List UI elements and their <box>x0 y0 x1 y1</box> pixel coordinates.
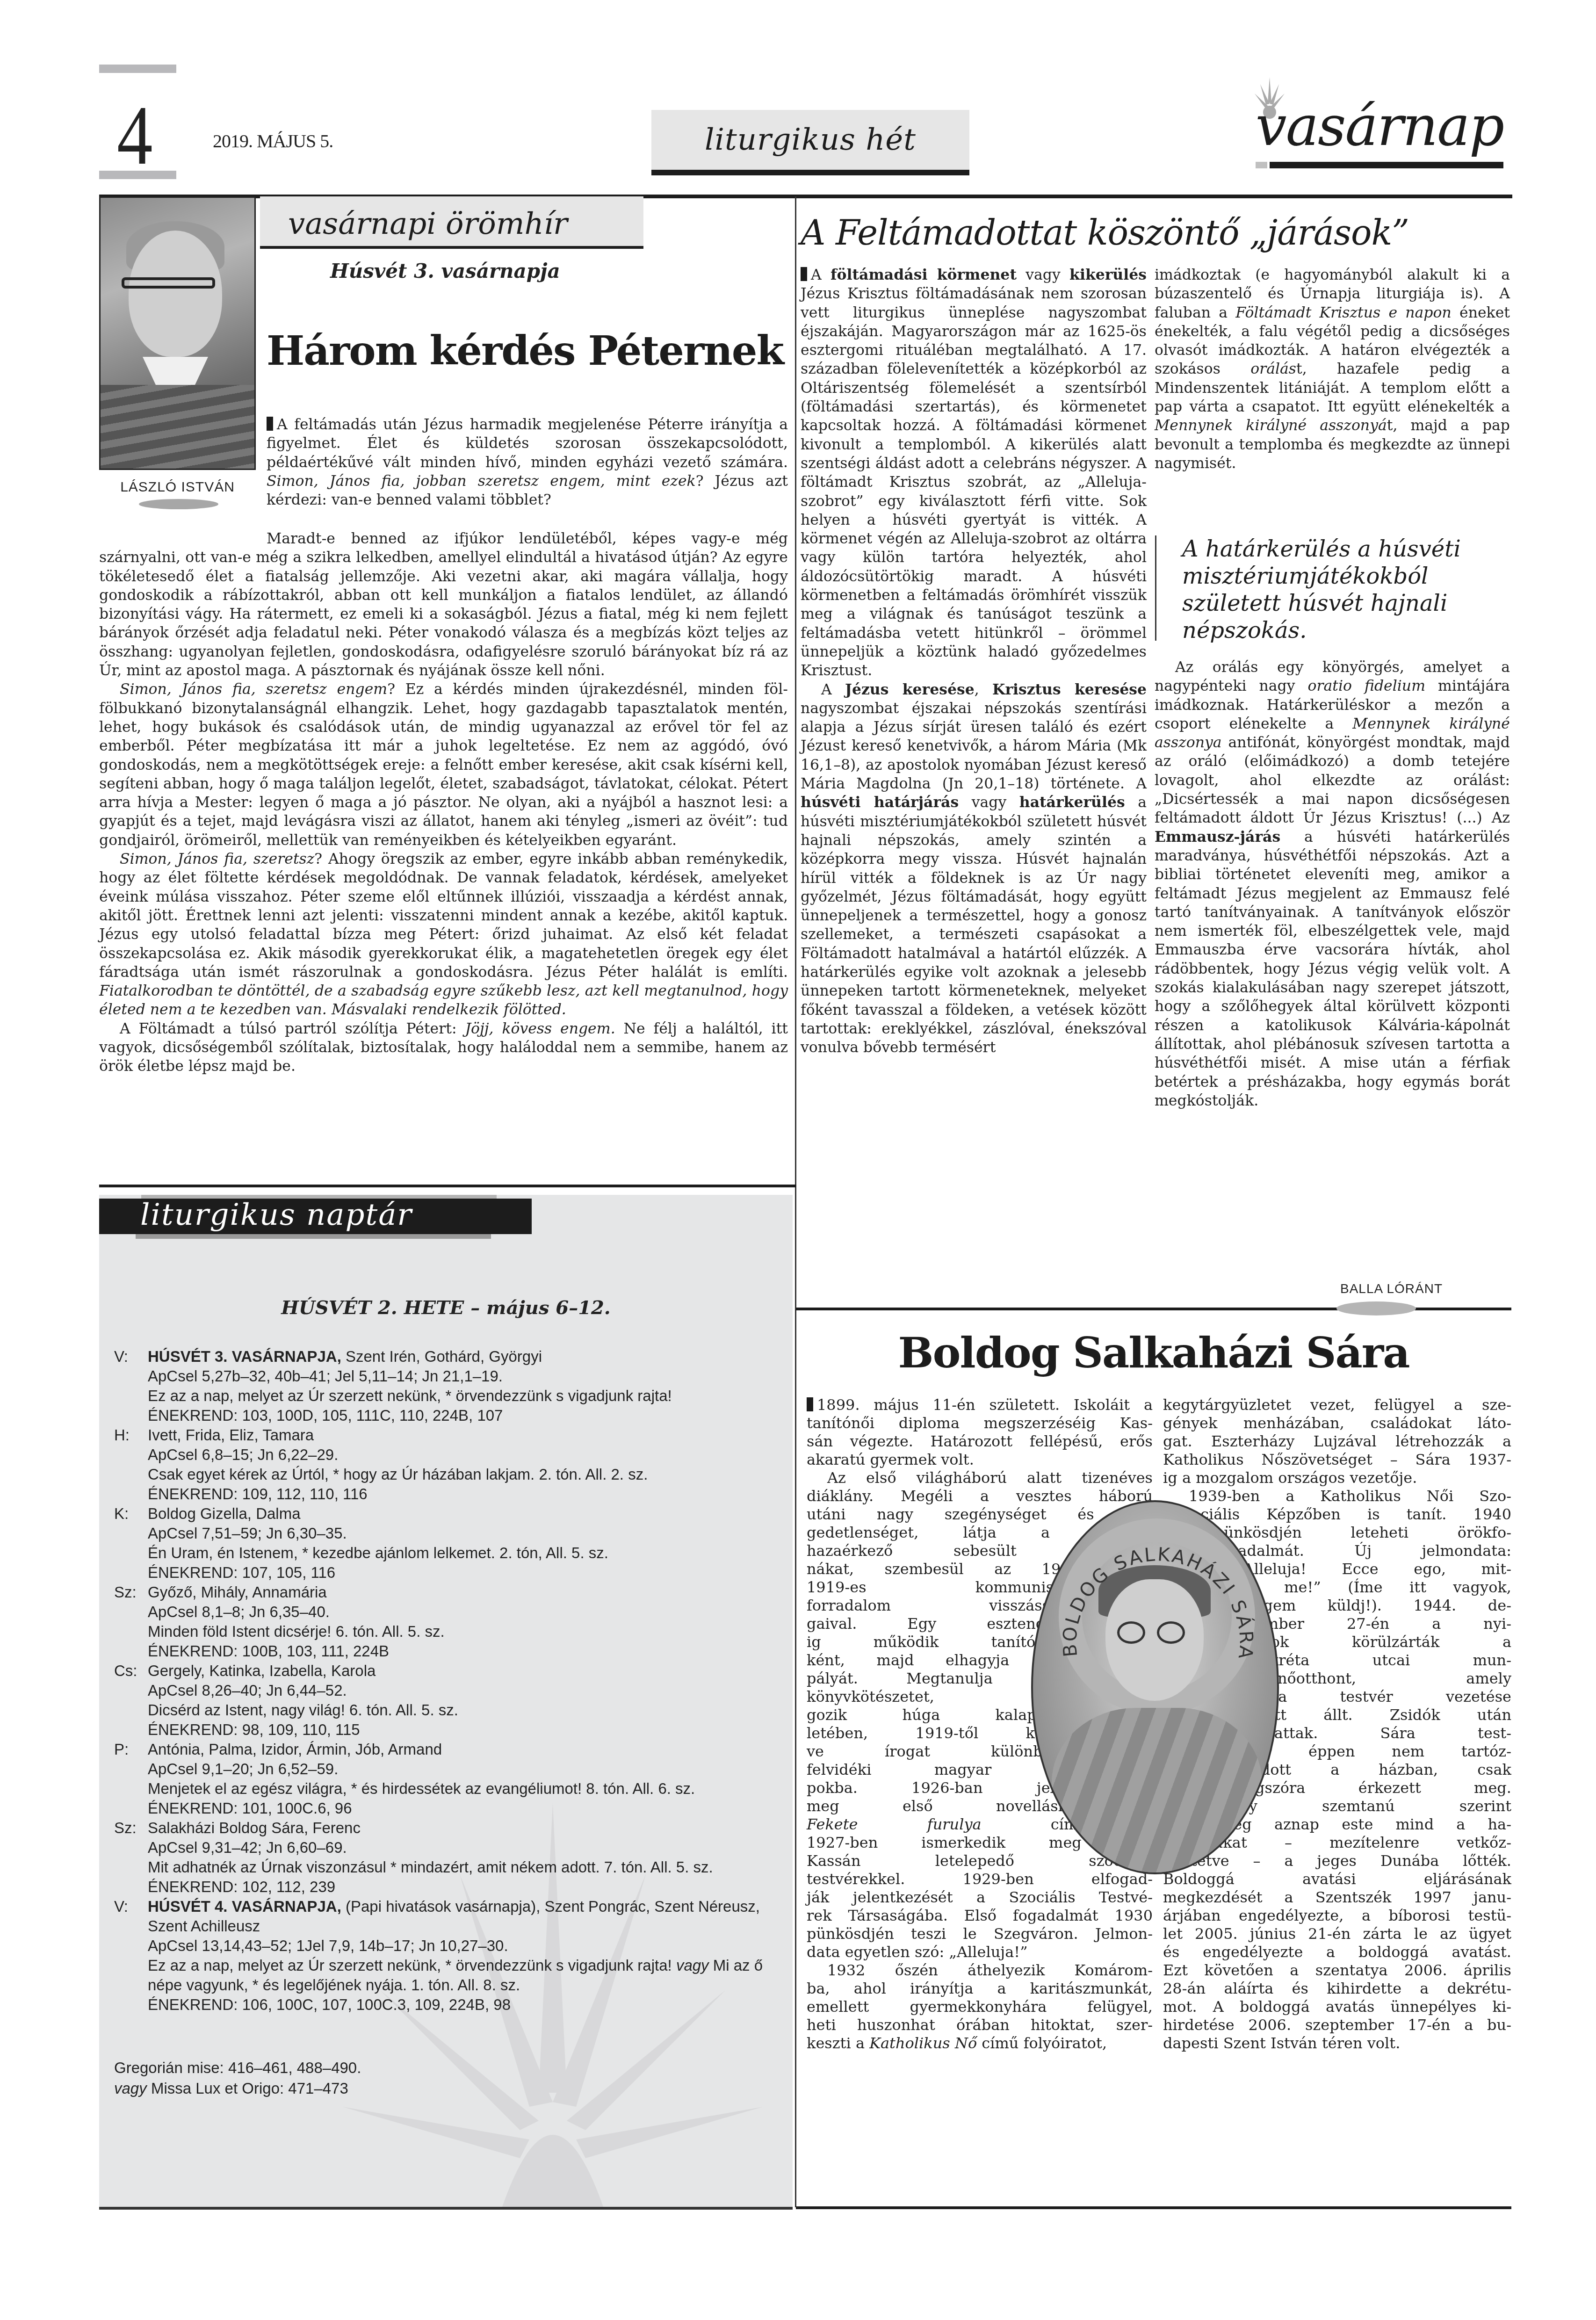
calendar-week: HÚSVÉT 2. HETE – május 6–12. <box>99 1297 793 1319</box>
paragraph-marker-icon <box>801 267 807 281</box>
text-line: dapesti Szent István téren volt. <box>1163 2034 1511 2053</box>
text-line: alatt állt. Zsidók után <box>1252 1706 1511 1724</box>
text-line: Bokréta utcai mun- <box>1249 1651 1511 1670</box>
text-line: letében, 1919-től kezd- <box>807 1724 1066 1742</box>
day-saints: Ivett, Frida, Eliz, Tamara <box>148 1425 787 1445</box>
paragraph: Simon, János fia, szeretsz? Ahogy öregsz… <box>99 850 788 1019</box>
paragraph: A föltámadási körmenet vagy kikerülés Jé… <box>801 266 1147 680</box>
day-reading: Menjetek el az egész világra, * és hirde… <box>148 1779 787 1818</box>
day-label: Sz: <box>114 1818 148 1897</box>
text-line: mot. A boldoggá avatás ünnepélyes ki- <box>1163 1998 1511 2016</box>
day-reading: Minden föld Istent dicsérje! 6. tón. All… <box>148 1622 787 1641</box>
logo-bar-accent <box>1256 162 1267 168</box>
calendar-day: Sz:Salakházi Boldog Sára, FerencApCsel 9… <box>114 1818 787 1897</box>
day-reading: ApCsel 6,8–15; Jn 6,22–29. <box>148 1445 787 1465</box>
calendar-title: liturgikus naptár <box>140 1198 412 1232</box>
article-body-col2-cont: Az orálás egy könyörgés, amelyet a nagyp… <box>1155 658 1510 1110</box>
text-line: kásnőotthont, amely <box>1252 1670 1511 1688</box>
day-reading: ÉNEKREND: 100B, 103, 111, 224B <box>148 1641 787 1661</box>
text-line: rek Társaságába. Első fogadalmát 1930 <box>807 1907 1153 1925</box>
text-line: keszti a Katholikus Nő című folyóiratot, <box>807 2034 1153 2053</box>
day-reading: ÉNEKREND: 103, 100D, 105, 111C, 110, 224… <box>148 1406 787 1425</box>
pull-quote: A határkerülés a húsvéti misztériumjáték… <box>1155 535 1510 641</box>
text-line: tanítónői diploma megszerzéséig Kas- <box>807 1414 1153 1432</box>
mosaic-inscription: BOLDOG SALKAHÁZI SÁRA SSS <box>1033 1502 1279 1874</box>
text-line: vér éppen nem tartóz- <box>1247 1742 1511 1761</box>
day-reading: ÉNEKREND: 109, 112, 110, 116 <box>148 1484 787 1504</box>
day-reading: ÉNEKREND: 98, 109, 110, 115 <box>148 1720 787 1740</box>
article-body: Maradt-e benned az ifjúkor lendületéből,… <box>99 529 788 1076</box>
day-reading: Mit adhatnék az Úrnak viszonzásul * mind… <box>148 1857 787 1897</box>
day-saints: Győző, Mihály, Annamária <box>148 1583 787 1602</box>
day-label: H: <box>114 1425 148 1504</box>
article-body-col2: imádkoztak (e hagyományból alakult ki a … <box>1155 266 1510 473</box>
text-line: akaratú gyermek volt. <box>807 1451 1153 1469</box>
day-reading: ApCsel 9,1–20; Jn 6,52–59. <box>148 1759 787 1779</box>
text-line: gények menházában, családokat láto- <box>1163 1414 1511 1432</box>
text-line: 1919-es kommunista <box>807 1578 1069 1597</box>
paragraph-marker-icon <box>807 1397 813 1411</box>
issue-date: 2019. MÁJUS 5. <box>213 130 333 152</box>
paragraph: A Föltámadt a túlsó partról szólítja Pét… <box>99 1019 788 1076</box>
text-line: kegytárgyüzletet vezet, felügyel a sze- <box>1163 1396 1511 1414</box>
author-byline: BALLA LÓRÁNT <box>1340 1281 1443 1296</box>
author-photo <box>99 196 256 470</box>
calendar-footer: Gregorián mise: 416–461, 488–490. vagy M… <box>114 2058 361 2099</box>
page-number: 4 <box>117 94 153 178</box>
calendar-tab: liturgikus naptár <box>99 1199 532 1234</box>
calendar-footer-line: vagy Missa Lux et Origo: 471–473 <box>114 2078 361 2099</box>
calendar-footer-line: Gregorián mise: 416–461, 488–490. <box>114 2058 361 2078</box>
day-label: V: <box>114 1347 148 1425</box>
day-label: Sz: <box>114 1583 148 1661</box>
text-line: ig működik tanítónő- <box>807 1633 1059 1651</box>
text-line: gozik húga kalapüz- <box>807 1706 1059 1724</box>
section-title: liturgikus hét <box>705 123 916 157</box>
author-byline: LÁSZLÓ ISTVÁN <box>99 479 256 495</box>
calendar-day: Cs:Gergely, Katinka, Izabella, KarolaApC… <box>114 1661 787 1740</box>
text-line: gat. Eszterházy Lujzával létrehozzák a <box>1163 1432 1511 1451</box>
paragraph: Az orálás egy könyörgés, amelyet a nagyp… <box>1155 658 1510 1110</box>
liturgical-day: Húsvét 3. vasárnapja <box>330 260 560 282</box>
article-intro: A feltámadás után Jézus harmadik megjele… <box>267 415 788 509</box>
text-line: ve írogat különböző <box>807 1742 1069 1761</box>
paragraph: Maradt-e benned az ifjúkor lendületéből,… <box>99 529 788 680</box>
liturgical-calendar: liturgikus naptár HÚSVÉT 2. HETE – május… <box>99 1195 793 2210</box>
text-line: emellett gyermekkonyhára felügyel, <box>807 1998 1153 2016</box>
day-reading: ApCsel 7,51–59; Jn 6,30–35. <box>148 1524 787 1543</box>
kicker-text: vasárnapi örömhír <box>288 207 568 241</box>
day-reading: ÉNEKREND: 107, 105, 116 <box>148 1563 787 1583</box>
byline-ornament <box>139 499 218 509</box>
paragraph: Simon, János fia, szeretsz engem? Ez a k… <box>99 680 788 850</box>
text-line: Boldoggá avatási eljárásának <box>1163 1870 1511 1888</box>
text-line: sán végezte. Határozott fellépésű, erős <box>807 1432 1153 1451</box>
text-line: könyvkötészetet, dol- <box>807 1688 1059 1706</box>
masthead-logo: vasárnap <box>1251 75 1513 168</box>
day-saints: Antónia, Palma, Izidor, Ármin, Jób, Arma… <box>148 1740 787 1759</box>
text-line: Ezt követően a szentatya 2006. április <box>1163 1961 1511 1980</box>
text-line: 1899. május 11-én született. Iskoláit a <box>807 1396 1153 1414</box>
article-headline: A Feltámadottat köszöntő „járások” <box>801 213 1409 253</box>
text-line: végszóra érkezett meg. <box>1238 1779 1511 1797</box>
day-reading: ApCsel 8,1–8; Jn 6,35–40. <box>148 1602 787 1622</box>
day-label: V: <box>114 1897 148 2015</box>
text-line: árjában engedélyezte, a bíborosi testü- <box>1163 1907 1511 1925</box>
text-line: heti huszonhat órában hitoktat, szer- <box>807 2016 1153 2034</box>
text-line: ják jelentkezését a Szociális Testvé- <box>807 1888 1153 1907</box>
text-line: ba, ahol irányítja a karitászmunkát, <box>807 1980 1153 1998</box>
day-reading: ApCsel 13,14,43–52; 1Jel 7,9, 14b–17; Jn… <box>148 1936 787 1956</box>
text-line: megkezdését a Szentszék 1997 janu- <box>1163 1888 1511 1907</box>
svg-text:BOLDOG SALKAHÁZI SÁRA SSS: BOLDOG SALKAHÁZI SÁRA SSS <box>1033 1502 1257 1662</box>
calendar-day: H:Ivett, Frida, Eliz, TamaraApCsel 6,8–1… <box>114 1425 787 1504</box>
text-line: lasok körülzárták a <box>1249 1633 1511 1651</box>
text-line: kutattak. Sára test- <box>1249 1724 1511 1742</box>
day-reading: Csak egyet kérek az Úrtól, * hogy az Úr … <box>148 1465 787 1484</box>
day-label: Cs: <box>114 1661 148 1740</box>
calendar-day: Sz:Győző, Mihály, AnnamáriaApCsel 8,1–8;… <box>114 1583 787 1661</box>
text-line: gaival. Egy esztende- <box>807 1615 1059 1633</box>
saint-mosaic-image: BOLDOG SALKAHÁZI SÁRA SSS <box>1031 1500 1279 1874</box>
separator-ornament <box>1336 1301 1416 1315</box>
text-line: te me!” (Íme itt vagyok, <box>1242 1578 1511 1597</box>
text-line: és engedélyezte a boldoggá avatást. <box>1163 1943 1511 1961</box>
text-line: data egyetlen szó: „Alleluja!” <box>807 1943 1153 1961</box>
text-line: cember 27-én a nyi- <box>1247 1615 1511 1633</box>
day-reading: Ez az a nap, melyet az Úr szerzett nekün… <box>148 1386 787 1406</box>
day-reading: ApCsel 5,27b–32, 40b–41; Jel 5,11–14; Jn… <box>148 1366 787 1386</box>
day-saints: Boldog Gizella, Dalma <box>148 1504 787 1524</box>
day-saints: HÚSVÉT 3. VASÁRNAPJA, Szent Irén, Gothár… <box>148 1347 787 1366</box>
text-line: kodott a házban, csak <box>1242 1761 1511 1779</box>
page-bottom-rule <box>796 2206 1511 2209</box>
article-body-col1: A föltámadási körmenet vagy kikerülés Jé… <box>801 266 1147 1057</box>
day-saints: Gergely, Katinka, Izabella, Karola <box>148 1661 787 1681</box>
column-kicker: vasárnapi örömhír <box>260 196 643 249</box>
day-saints: Salakházi Boldog Sára, Ferenc <box>148 1818 787 1838</box>
column-divider <box>795 196 796 2207</box>
section-separator <box>99 1185 796 1187</box>
logo-bar <box>1270 162 1503 168</box>
logo-text: vasárnap <box>1256 98 1503 153</box>
calendar-day: K:Boldog Gizella, DalmaApCsel 7,51–59; J… <box>114 1504 787 1583</box>
day-label: P: <box>114 1740 148 1818</box>
paragraph: A Jézus keresése, Krisztus keresése nagy… <box>801 680 1147 1057</box>
text-line: ként, majd elhagyja a <box>807 1651 1050 1670</box>
day-reading: ApCsel 9,31–42; Jn 6,60–69. <box>148 1838 787 1857</box>
day-reading: Dicsérd az Istent, nagy világ! 6. tón. A… <box>148 1700 787 1720</box>
article-headline: Boldog Salkaházi Sára <box>796 1328 1511 1378</box>
paragraph: imádkoztak (e hagyományból alakult ki a … <box>1155 266 1510 473</box>
text-line: ig a mozgalom országos vezetője. <box>1163 1469 1511 1487</box>
paragraph-marker-icon <box>267 417 273 431</box>
day-saints: HÚSVÉT 4. VASÁRNAPJA, (Papi hivatások va… <box>148 1897 787 1936</box>
day-reading: ApCsel 8,26–40; Jn 6,44–52. <box>148 1681 787 1700</box>
calendar-day: V:HÚSVÉT 4. VASÁRNAPJA, (Papi hivatások … <box>114 1897 787 2015</box>
text-line: pünkösdjén teszi le Szegváron. Jelmon- <box>807 1925 1153 1943</box>
text-line: Katholikus Nőszövetséget – Sára 1937- <box>1163 1451 1511 1469</box>
article-headline: Három kérdés Péternek <box>267 327 783 375</box>
calendar-tab-accent <box>136 1234 491 1239</box>
calendar-day: P:Antónia, Palma, Izidor, Ármin, Jób, Ar… <box>114 1740 787 1818</box>
calendar-day: V:HÚSVÉT 3. VASÁRNAPJA, Szent Irén, Goth… <box>114 1347 787 1425</box>
text-line: hirdetése 2006. szeptember 17-én a bu- <box>1163 2016 1511 2034</box>
text-line: 1932 őszén áthelyezik Komárom- <box>807 1961 1153 1980</box>
page-number-bar-top <box>99 65 176 73</box>
text-line: Sára testvér vezetése <box>1252 1688 1511 1706</box>
text-line: 28-án aláírta és kihirdette a dekrétu- <box>1163 1980 1511 1998</box>
text-line: testvérekkel. 1929-ben elfogad- <box>807 1870 1153 1888</box>
day-reading: ÉNEKREND: 106, 100C, 107, 100C.3, 109, 2… <box>148 1995 787 2015</box>
day-label: K: <box>114 1504 148 1583</box>
text-line: forradalom visszássá- <box>807 1597 1064 1615</box>
page-number-bar-bottom <box>99 171 176 179</box>
calendar-day-list: V:HÚSVÉT 3. VASÁRNAPJA, Szent Irén, Goth… <box>114 1347 787 2015</box>
day-reading: Én Uram, én Istenem, * kezedbe ajánlom l… <box>148 1543 787 1563</box>
text-line: let 2005. június 21-én zárta le az ügyet <box>1163 1925 1511 1943</box>
text-line: pályát. Megtanulja a <box>807 1670 1050 1688</box>
paragraph: A feltámadás után Jézus harmadik megjele… <box>267 415 788 509</box>
text-line: Az első világháború alatt tizenéves <box>807 1469 1153 1487</box>
day-reading: Ez az a nap, melyet az Úr szerzett nekün… <box>148 1956 787 1995</box>
section-tab: liturgikus hét <box>651 110 969 175</box>
text-line: engem küldj!). 1944. de- <box>1245 1597 1511 1615</box>
